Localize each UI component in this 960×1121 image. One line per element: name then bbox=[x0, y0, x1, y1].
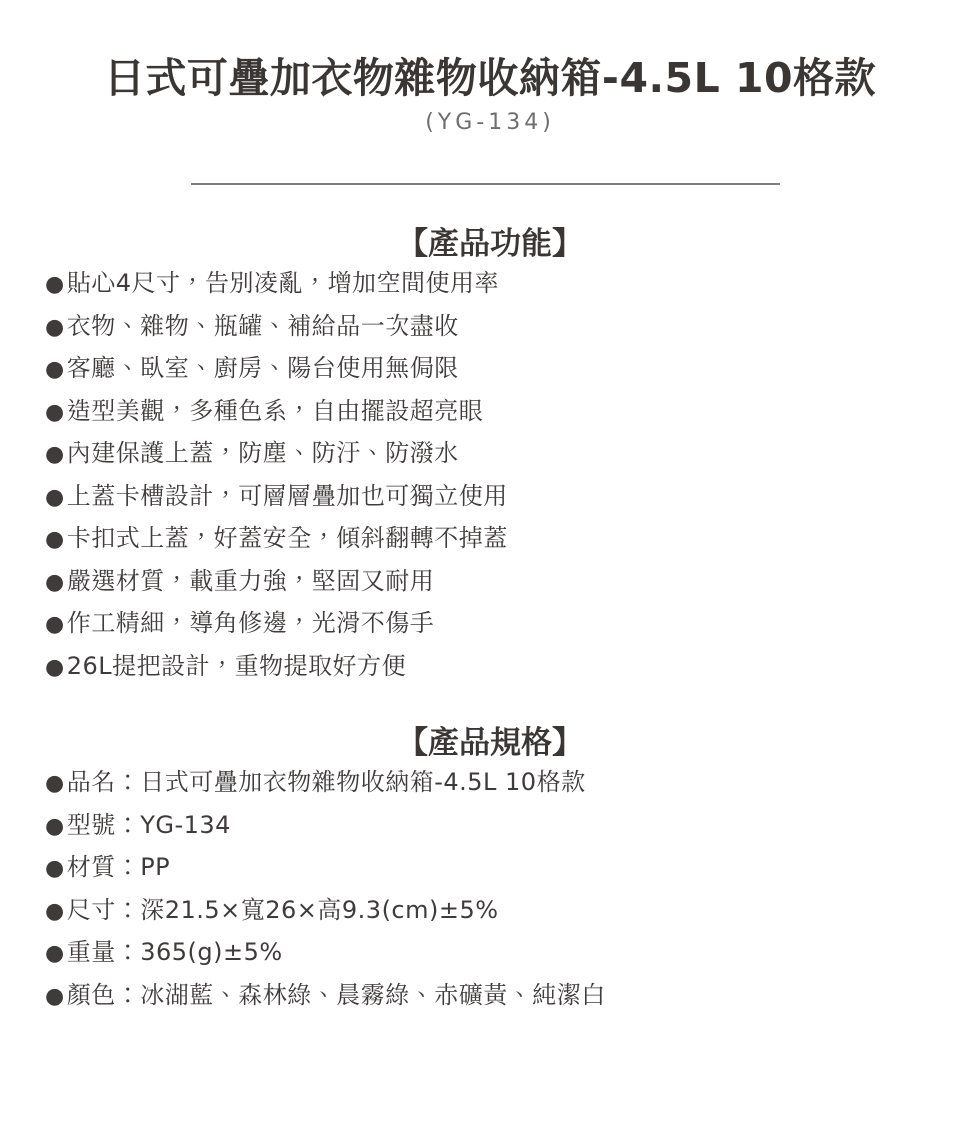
feature-item: ●上蓋卡槽設計，可層層疊加也可獨立使用 bbox=[45, 476, 940, 519]
bullet-icon: ● bbox=[45, 763, 65, 805]
bullet-icon: ● bbox=[45, 349, 65, 391]
bullet-icon: ● bbox=[45, 519, 65, 561]
spec-item: ●型號：YG-134 bbox=[45, 805, 940, 848]
bullet-icon: ● bbox=[45, 477, 65, 519]
spec-text: 顏色：冰湖藍、森林綠、晨霧綠、赤礦黃、純潔白 bbox=[67, 981, 606, 1009]
bullet-icon: ● bbox=[45, 562, 65, 604]
bullet-icon: ● bbox=[45, 264, 65, 306]
feature-item: ●26L提把設計，重物提取好方便 bbox=[45, 646, 940, 689]
bullet-icon: ● bbox=[45, 848, 65, 890]
feature-text: 作工精細，導角修邊，光滑不傷手 bbox=[67, 609, 435, 637]
feature-text: 造型美觀，多種色系，自由擺設超亮眼 bbox=[67, 397, 484, 425]
feature-item: ●內建保護上蓋，防塵、防汙、防潑水 bbox=[45, 433, 940, 476]
spec-text: 型號：YG-134 bbox=[67, 811, 231, 839]
feature-text: 內建保護上蓋，防塵、防汙、防潑水 bbox=[67, 439, 459, 467]
bullet-icon: ● bbox=[45, 976, 65, 1018]
bullet-icon: ● bbox=[45, 647, 65, 689]
feature-text: 客廳、臥室、廚房、陽台使用無侷限 bbox=[67, 354, 459, 382]
bullet-icon: ● bbox=[45, 806, 65, 848]
spec-item: ●尺寸：深21.5×寬26×高9.3(cm)±5% bbox=[45, 890, 940, 933]
feature-item: ●衣物、雜物、瓶罐、補給品一次盡收 bbox=[45, 306, 940, 349]
feature-item: ●客廳、臥室、廚房、陽台使用無侷限 bbox=[45, 348, 940, 391]
bullet-icon: ● bbox=[45, 933, 65, 975]
divider bbox=[191, 183, 780, 185]
spec-item: ●材質：PP bbox=[45, 847, 940, 890]
spec-text: 材質：PP bbox=[67, 853, 170, 881]
bullet-icon: ● bbox=[45, 604, 65, 646]
spec-item: ●品名：日式可疊加衣物雜物收納箱-4.5L 10格款 bbox=[45, 762, 940, 805]
feature-text: 卡扣式上蓋，好蓋安全，傾斜翻轉不掉蓋 bbox=[67, 524, 508, 552]
bullet-icon: ● bbox=[45, 434, 65, 476]
page-title: 日式可疊加衣物雜物收納箱-4.5L 10格款 bbox=[0, 0, 960, 102]
feature-text: 貼心4尺寸，告別凌亂，增加空間使用率 bbox=[67, 269, 499, 297]
spec-item: ●顏色：冰湖藍、森林綠、晨霧綠、赤礦黃、純潔白 bbox=[45, 975, 940, 1018]
section-heading-specs: 【產品規格】 bbox=[0, 724, 960, 762]
feature-text: 衣物、雜物、瓶罐、補給品一次盡收 bbox=[67, 312, 459, 340]
feature-list: ●貼心4尺寸，告別凌亂，增加空間使用率 ●衣物、雜物、瓶罐、補給品一次盡收 ●客… bbox=[0, 263, 960, 688]
spec-text: 品名：日式可疊加衣物雜物收納箱-4.5L 10格款 bbox=[67, 768, 586, 796]
feature-item: ●作工精細，導角修邊，光滑不傷手 bbox=[45, 603, 940, 646]
feature-text: 上蓋卡槽設計，可層層疊加也可獨立使用 bbox=[67, 482, 508, 510]
feature-item: ●卡扣式上蓋，好蓋安全，傾斜翻轉不掉蓋 bbox=[45, 518, 940, 561]
feature-text: 嚴選材質，載重力強，堅固又耐用 bbox=[67, 567, 435, 595]
bullet-icon: ● bbox=[45, 307, 65, 349]
spec-text: 尺寸：深21.5×寬26×高9.3(cm)±5% bbox=[67, 896, 499, 924]
bullet-icon: ● bbox=[45, 392, 65, 434]
spec-item: ●重量：365(g)±5% bbox=[45, 932, 940, 975]
bullet-icon: ● bbox=[45, 891, 65, 933]
feature-text: 26L提把設計，重物提取好方便 bbox=[67, 652, 406, 680]
spec-list: ●品名：日式可疊加衣物雜物收納箱-4.5L 10格款 ●型號：YG-134 ●材… bbox=[0, 762, 960, 1017]
feature-item: ●造型美觀，多種色系，自由擺設超亮眼 bbox=[45, 391, 940, 434]
section-heading-features: 【產品功能】 bbox=[0, 225, 960, 263]
model-number: (YG-134) bbox=[0, 110, 960, 136]
feature-item: ●貼心4尺寸，告別凌亂，增加空間使用率 bbox=[45, 263, 940, 306]
feature-item: ●嚴選材質，載重力強，堅固又耐用 bbox=[45, 561, 940, 604]
spec-text: 重量：365(g)±5% bbox=[67, 938, 283, 966]
